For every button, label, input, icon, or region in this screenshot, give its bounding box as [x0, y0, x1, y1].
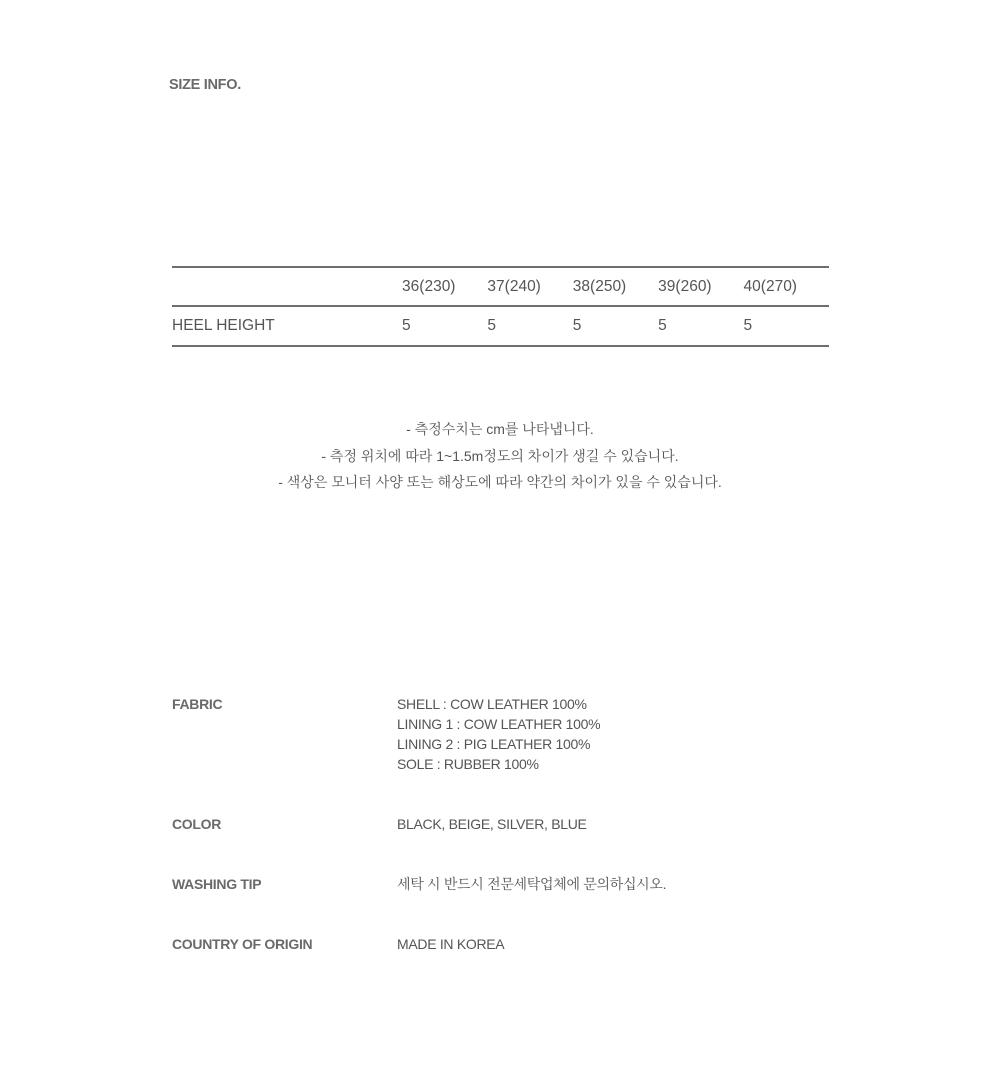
heel-height-value: 5 — [658, 306, 743, 346]
size-table: 36(230) 37(240) 38(250) 39(260) 40(270) … — [172, 266, 829, 347]
heel-height-label: HEEL HEIGHT — [172, 306, 402, 346]
fabric-line: LINING 1 : COW LEATHER 100% — [397, 714, 600, 734]
fabric-line: LINING 2 : PIG LEATHER 100% — [397, 734, 600, 754]
color-value: BLACK, BEIGE, SILVER, BLUE — [397, 814, 587, 834]
fabric-value: SHELL : COW LEATHER 100% LINING 1 : COW … — [397, 694, 600, 774]
spec-row-country-of-origin: COUNTRY OF ORIGIN MADE IN KOREA — [172, 934, 832, 954]
measurement-notes: - 측정수치는 cm를 나타냅니다. - 측정 위치에 따라 1~1.5m정도의… — [0, 416, 1000, 496]
spec-row-color: COLOR BLACK, BEIGE, SILVER, BLUE — [172, 814, 832, 834]
spec-row-fabric: FABRIC SHELL : COW LEATHER 100% LINING 1… — [172, 694, 832, 774]
fabric-label: FABRIC — [172, 694, 397, 774]
size-table-header-row: 36(230) 37(240) 38(250) 39(260) 40(270) — [172, 267, 829, 306]
size-column-header: 39(260) — [658, 267, 743, 306]
size-table-corner-cell — [172, 267, 402, 306]
size-table-row: HEEL HEIGHT 5 5 5 5 5 — [172, 306, 829, 346]
size-column-header: 40(270) — [744, 267, 829, 306]
washing-tip-value: 세탁 시 반드시 전문세탁업체에 문의하십시오. — [397, 874, 666, 894]
heel-height-value: 5 — [402, 306, 487, 346]
country-of-origin-value: MADE IN KOREA — [397, 934, 504, 954]
note-line: - 측정 위치에 따라 1~1.5m정도의 차이가 생길 수 있습니다. — [0, 443, 1000, 470]
note-line: - 측정수치는 cm를 나타냅니다. — [0, 416, 1000, 443]
washing-tip-label: WASHING TIP — [172, 874, 397, 894]
size-info-title: SIZE INFO. — [169, 77, 241, 93]
note-line: - 색상은 모니터 사양 또는 해상도에 따라 약간의 차이가 있을 수 있습니… — [0, 469, 1000, 496]
size-column-header: 36(230) — [402, 267, 487, 306]
fabric-line: SHELL : COW LEATHER 100% — [397, 694, 600, 714]
size-column-header: 37(240) — [487, 267, 572, 306]
heel-height-value: 5 — [487, 306, 572, 346]
spec-row-washing-tip: WASHING TIP 세탁 시 반드시 전문세탁업체에 문의하십시오. — [172, 874, 832, 894]
color-label: COLOR — [172, 814, 397, 834]
heel-height-value: 5 — [573, 306, 658, 346]
heel-height-value: 5 — [744, 306, 829, 346]
country-of-origin-label: COUNTRY OF ORIGIN — [172, 934, 397, 954]
product-specs: FABRIC SHELL : COW LEATHER 100% LINING 1… — [172, 694, 832, 954]
size-column-header: 38(250) — [573, 267, 658, 306]
fabric-line: SOLE : RUBBER 100% — [397, 754, 600, 774]
